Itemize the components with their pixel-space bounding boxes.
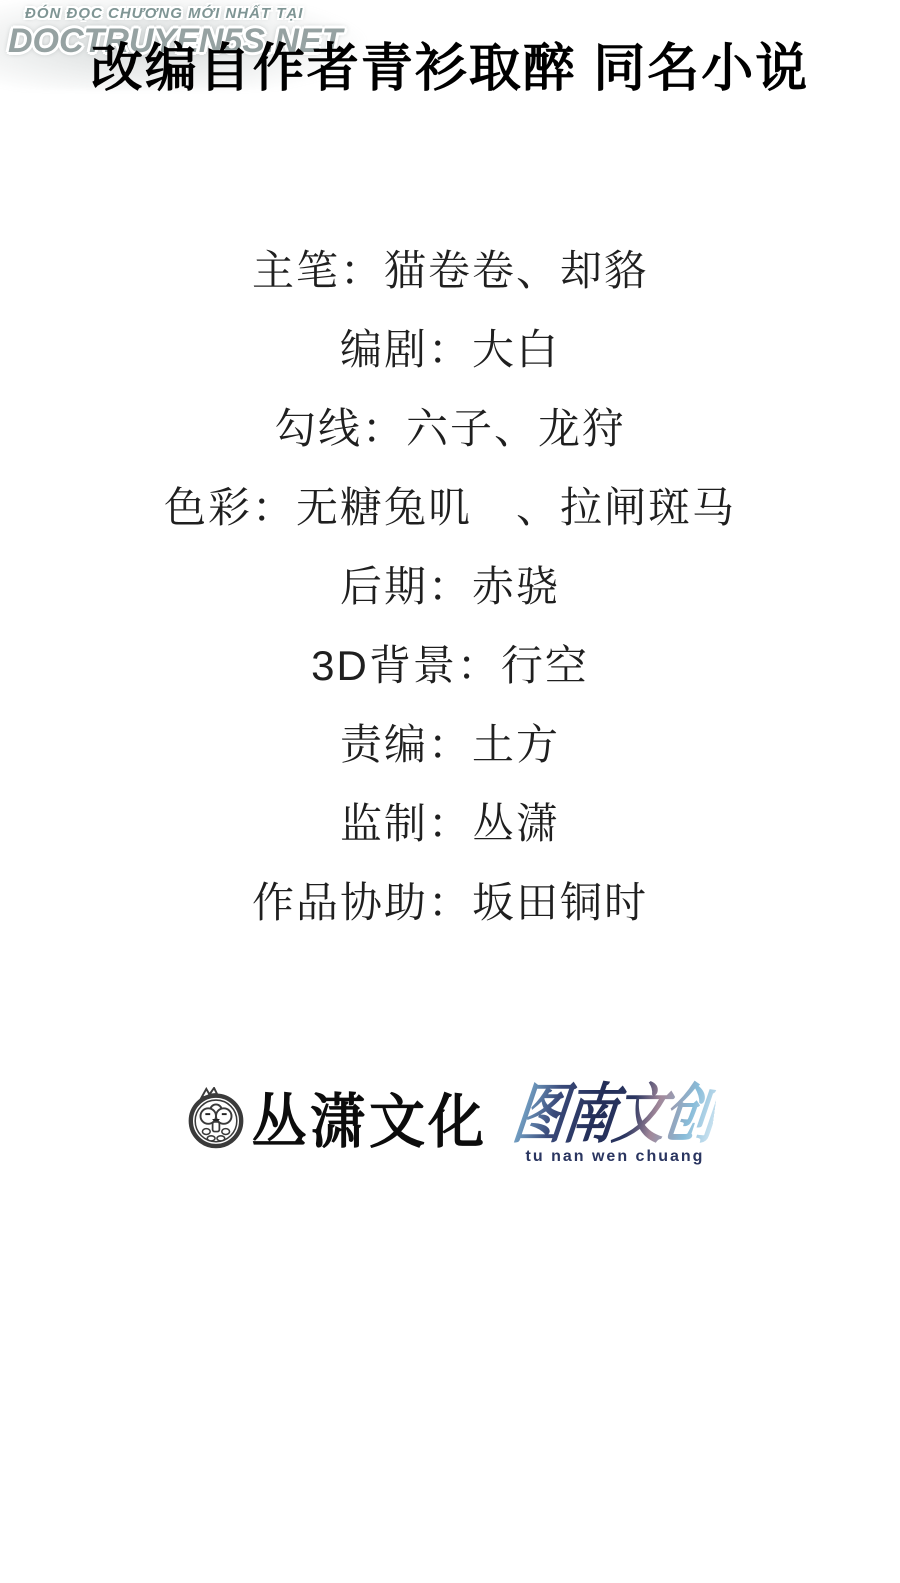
watermark-tagline: ĐÓN ĐỌC CHƯƠNG MỚI NHẤT TẠI (25, 5, 303, 22)
credit-line-postproduction: 后期：赤骁 (340, 566, 560, 608)
studio-logos-row: 丛潇文化 图南文创 tu nan wen chuang (0, 1068, 900, 1168)
credits-list: 主笔：猫卷卷、却貉 编剧：大白 勾线：六子、龙狩 色彩：无糖兔叽 、拉闸斑马 后… (0, 250, 900, 924)
credit-line-screenwriter: 编剧：大白 (340, 329, 560, 371)
credit-line-3d-background: 3D背景：行空 (311, 645, 589, 687)
right-studio-logo: 图南文创 tu nan wen chuang (515, 1071, 715, 1166)
left-studio-logo: 丛潇文化 (185, 1078, 487, 1158)
page-title: 改编自作者青衫取醉 同名小说 (0, 26, 900, 101)
credit-line-supervisor: 监制：丛潇 (340, 803, 560, 845)
credit-line-lineart: 勾线：六子、龙狩 (274, 408, 626, 450)
left-studio-name: 丛潇文化 (251, 1076, 487, 1160)
credit-line-lead-artist: 主笔：猫卷卷、却貉 (252, 250, 648, 292)
right-studio-name: 图南文创 (508, 1061, 721, 1155)
hamster-mascot-icon (185, 1087, 247, 1149)
credit-line-coloring: 色彩：无糖兔叽 、拉闸斑马 (164, 487, 736, 529)
credit-line-editor: 责编：土方 (340, 724, 560, 766)
credit-line-assistance: 作品协助：坂田铜时 (252, 882, 648, 924)
